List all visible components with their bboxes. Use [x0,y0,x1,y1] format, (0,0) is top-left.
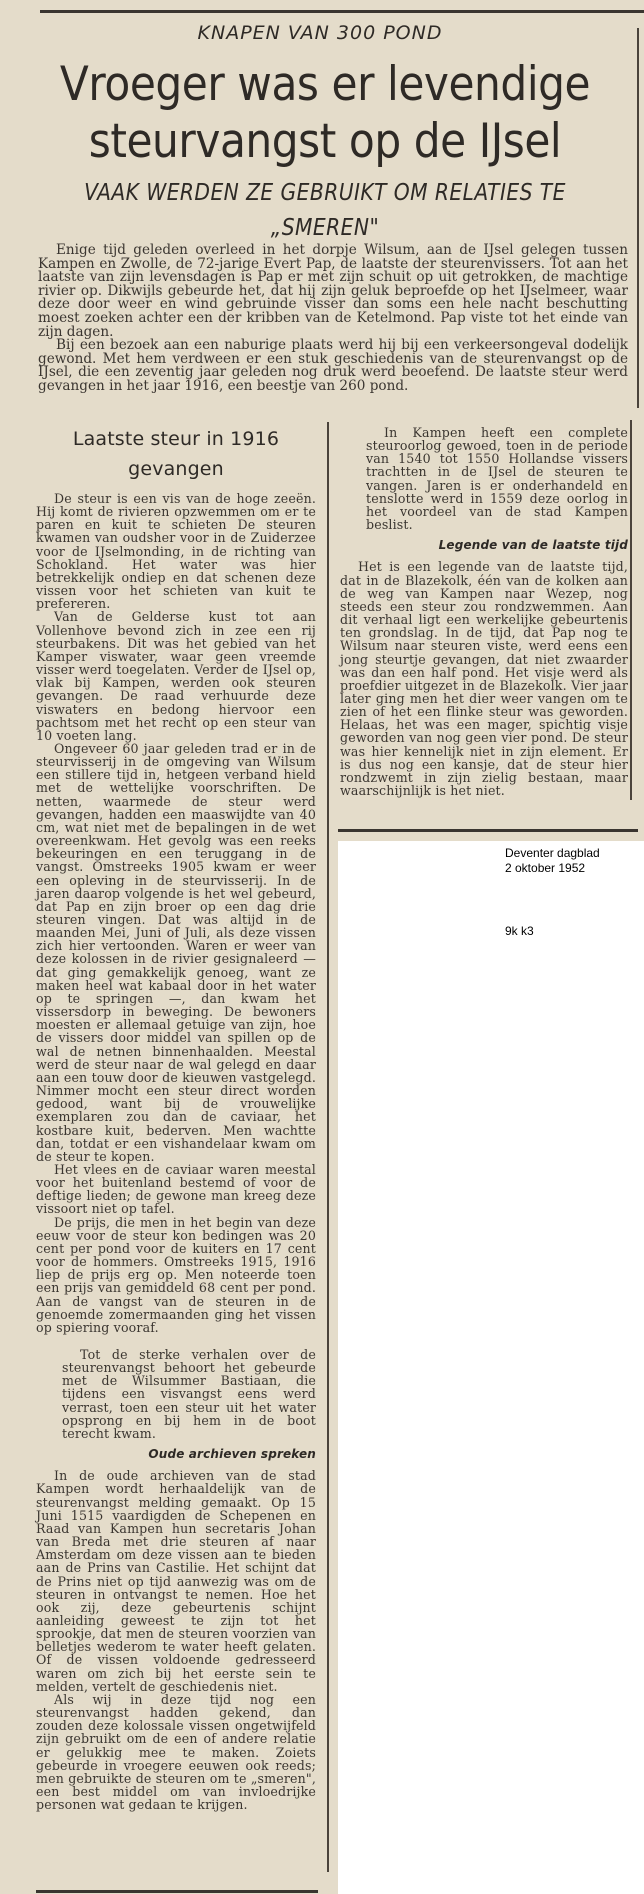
subheadline: VAAK WERDEN ZE GEBRUIKT OM RELATIES TE „… [65,176,584,246]
left-column: Laatste steur in 1916 gevangen De steur … [36,424,316,1811]
subheading: Legende van de laatste tijd [340,539,628,552]
paragraph: Het is een legende van de laatste tijd, … [340,560,628,797]
subheading: Oude archieven spreken [36,1448,316,1461]
paragraph: De prijs, die men in het begin van deze … [36,1216,316,1334]
source-note: Deventer dagblad 2 oktober 1952 [505,846,600,876]
indented-block: Tot de sterke verhalen over de steurenva… [36,1348,316,1440]
right-column: In Kampen heeft een complete steuroorlog… [340,426,628,797]
top-rule [40,10,644,13]
column-rule [630,420,632,800]
source-publication: Deventer dagblad [505,846,600,861]
paragraph: Tot de sterke verhalen over de steurenva… [62,1348,316,1440]
column-divider [327,422,329,1872]
headline: Vroeger was er levendige steurvangst op … [60,56,591,170]
paragraph: In Kampen heeft een complete steuroorlog… [366,426,628,531]
source-date: 2 oktober 1952 [505,861,600,876]
intro-paragraph: Bij een bezoek aan een naburige plaats w… [38,339,628,393]
archive-code: 9k k3 [505,924,534,938]
blank-area [338,841,644,1894]
paragraph: Als wij in deze tijd nog een steurenvang… [36,1693,316,1811]
paragraph: In de oude archieven van de stad Kampen … [36,1469,316,1693]
intro: Enige tijd geleden overleed in het dorpj… [38,244,628,394]
paragraph: Ongeveer 60 jaar geleden trad er in de s… [36,742,316,1163]
indented-block: In Kampen heeft een complete steuroorlog… [340,426,628,531]
intro-paragraph: Enige tijd geleden overleed in het dorpj… [38,244,628,339]
bottom-rule [36,1890,318,1893]
paragraph: Van de Gelderse kust tot aan Vollenhove … [36,610,316,742]
section-title: Laatste steur in 1916 gevangen [36,424,316,484]
column-rule [637,28,639,408]
kicker: KNAPEN VAN 300 POND [40,22,600,44]
paragraph: De steur is een vis van de hoge zeeën. H… [36,492,316,610]
paragraph: Het vlees en de caviaar waren meestal vo… [36,1163,316,1216]
bottom-rule [338,829,638,832]
